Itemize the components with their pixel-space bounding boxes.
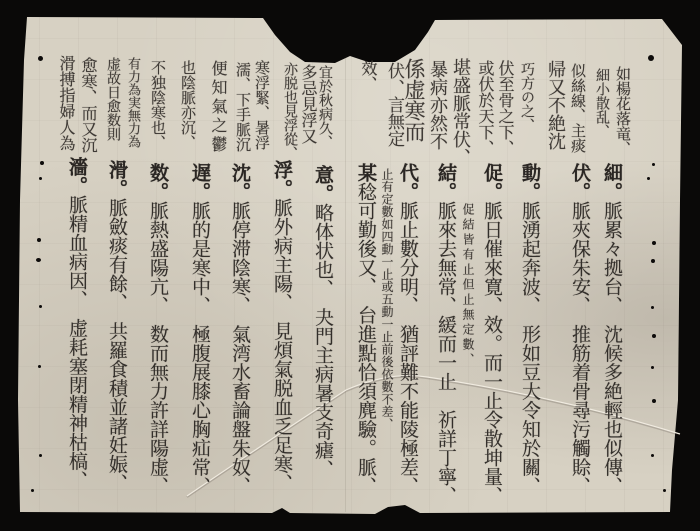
pulse-entry-xi: 細。脈累々拠台、 沈候多絶輕也似傳、 — [602, 163, 621, 496]
left-upper-note: 不独陰寒也、 — [150, 60, 165, 150]
binding-hole — [648, 55, 654, 61]
pulse-entry-cu: 促。脈日催來寛、效。而一止令散坤量、 — [482, 163, 501, 505]
pulse-name: 遅。 — [189, 163, 211, 201]
pulse-verse: 脈日催來寛、效。而一止令散坤量、 — [481, 201, 503, 505]
pulse-verse: 脈夾保朱安、 推筋着骨尋污觸賒、 — [569, 201, 591, 496]
pulse-name: 伏。 — [569, 163, 591, 201]
binding-hole — [652, 163, 655, 166]
binding-hole — [39, 305, 42, 308]
binding-hole — [651, 366, 654, 369]
right-upper-note: 係虚寒而 — [403, 58, 424, 142]
pulse-name: 沈。 — [229, 163, 251, 201]
binding-hole — [37, 238, 41, 242]
pulse-entry-fu-hidden: 伏。脈夾保朱安、 推筋着骨尋污觸賒、 — [570, 163, 589, 496]
pulse-name: 滑。 — [106, 160, 128, 198]
pulse-entry-chen: 沈。脈停滞陰寒、 氣湾水畜論盤朱奴、 — [230, 163, 249, 496]
binding-hole — [651, 306, 654, 309]
binding-hole — [652, 334, 656, 338]
binding-hole — [647, 177, 650, 180]
right-upper-note: 似絲線、主痰 — [570, 63, 585, 153]
left-upper-note: 滑搏指婦人為 — [58, 55, 74, 151]
pulse-verse: 脈湧起奔波、 形如豆大令知於關、 — [519, 201, 541, 496]
right-upper-note: 細小散乱、 — [595, 68, 609, 138]
pulse-name: 結。 — [435, 163, 457, 201]
pulse-name: 細。 — [601, 163, 623, 201]
right-upper-note: 效、 — [360, 60, 376, 92]
binding-hole — [40, 161, 44, 165]
right-upper-note: 如楊花落竜、 — [615, 66, 630, 156]
left-upper-note: 便知氣之鬱 — [210, 60, 226, 155]
pulse-verse: 脈的是寒中、 極腹展膝心胸疝常、 — [189, 201, 211, 496]
binding-hole — [36, 258, 41, 262]
pulse-entry-jie: 結。脈來去無常、緩而一止 祈詳丁寧、 — [436, 163, 455, 505]
pulse-name: 数。 — [147, 163, 169, 201]
binding-hole — [652, 241, 656, 245]
pulse-entry-dai: 代。脈止數分明、 猶評難不能陵極差、 — [398, 163, 417, 496]
pulse-entry-fu-floating: 浮。脈外病主陽、 見煩氣脱血乏足寒、 — [272, 160, 291, 493]
pulse-name: 動。 — [519, 163, 541, 201]
pulse-name: 濇。 — [66, 157, 88, 195]
left-upper-note: 亦脱也見浮從、 — [283, 62, 297, 160]
right-upper-note: 暴病亦然不 — [428, 60, 446, 150]
pulse-verse: 脈來去無常、緩而一止 祈詳丁寧、 — [435, 201, 457, 505]
entry-verse: 稔可勤後又、 台進點恰須麂驗。脈、 — [355, 182, 377, 496]
pulse-verse: 脈外病主陽、 見煩氣脱血乏足寒、 — [271, 198, 293, 493]
pulse-entry-se: 濇。脈精血病因、 虚耗塞閉精神枯槁、 — [67, 157, 86, 490]
pulse-verse: 脈止數分明、 猶評難不能陵極差、 — [397, 201, 419, 496]
left-upper-note: 濡、下手脈沉 — [235, 62, 250, 152]
interlinear-note: 止有定數如四動一止或五動一止前後依數不差、 — [381, 168, 393, 431]
binding-hole — [38, 56, 43, 61]
pulse-name: 浮。 — [271, 160, 293, 198]
right-upper-note: 伏、言無定 — [385, 62, 402, 147]
binding-hole — [652, 399, 656, 403]
pulse-verse: 脈斂痰有餘、 共羅食積並諸妊娠、 — [106, 198, 128, 493]
left-upper-note: 也陰脈亦沉、 — [180, 60, 195, 150]
left-upper-note: 虚故日愈数則 — [106, 57, 120, 141]
binding-hole — [39, 177, 42, 180]
closing-entry: 某稔可勤後又、 台進點恰須麂驗。脈、 — [356, 163, 375, 496]
pulse-entry-hua: 滑。脈斂痰有餘、 共羅食積並諸妊娠、 — [107, 160, 126, 493]
pulse-verse: 略体状也、 夬門主病暑支奇瘧、 — [312, 203, 334, 479]
pulse-name: 促。 — [481, 163, 503, 201]
right-upper-note: 巧方の之、 — [520, 62, 534, 132]
left-upper-note: 宜於秋病久、 — [318, 65, 332, 149]
pulse-verse: 脈累々拠台、 沈候多絶輕也似傳、 — [601, 201, 623, 496]
interlinear-note: 促結皆有止但止無定數、 — [462, 203, 474, 368]
binding-hole — [38, 365, 41, 368]
left-upper-note: 愈寒、而又沉 — [80, 57, 96, 153]
left-upper-note: 多忌見浮又 — [300, 64, 316, 144]
pulse-entry-dong: 動。脈湧起奔波、 形如豆大令知於關、 — [520, 163, 539, 496]
pulse-entry-yi: 意。略体状也、 夬門主病暑支奇瘧、 — [313, 165, 332, 479]
left-upper-note: 寒浮緊、暑浮 — [254, 60, 269, 150]
binding-hole — [31, 489, 34, 492]
right-upper-note: 伏至骨之下、 — [497, 60, 513, 156]
center-fold — [345, 56, 346, 512]
pulse-verse: 脈停滞陰寒、 氣湾水畜論盤朱奴、 — [229, 201, 251, 496]
binding-hole — [663, 489, 666, 492]
pulse-verse: 脈熱盛陽亢、 数而無力許詳陽虚、 — [147, 201, 169, 496]
right-upper-note: 堪盛脈常伏、 — [451, 58, 469, 166]
pulse-entry-shuo: 数。脈熱盛陽亢、 数而無力許詳陽虚、 — [148, 163, 167, 496]
left-upper-note: 有力為実無力為 — [126, 57, 139, 148]
binding-hole — [651, 259, 655, 263]
pulse-name: 意。 — [312, 165, 334, 203]
binding-hole — [651, 454, 654, 457]
pulse-verse: 脈精血病因、 虚耗塞閉精神枯槁、 — [66, 195, 88, 490]
right-upper-note: 帰又不絶沈 — [546, 60, 564, 150]
binding-hole — [39, 454, 42, 457]
right-upper-note: 或伏於天下、 — [477, 60, 493, 156]
pulse-name: 代。 — [397, 163, 419, 201]
entry-lead: 某 — [355, 163, 377, 182]
pulse-entry-chi: 遅。脈的是寒中、 極腹展膝心胸疝常、 — [190, 163, 209, 496]
